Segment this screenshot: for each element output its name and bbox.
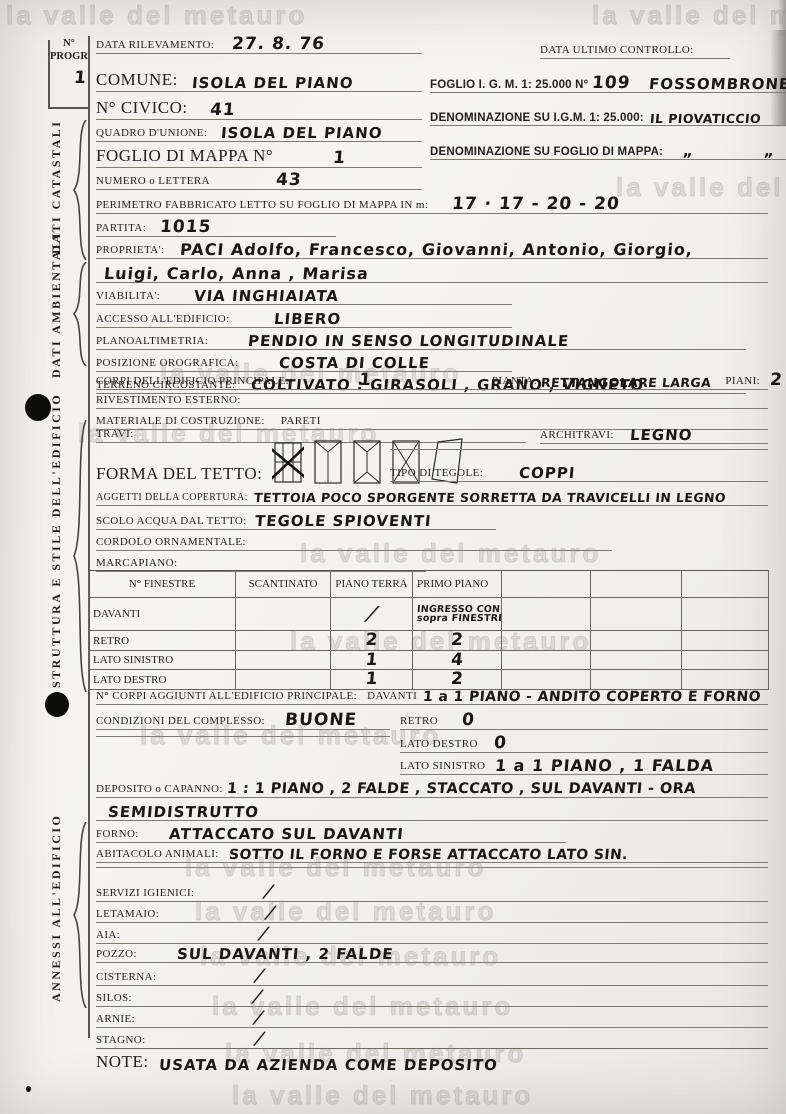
field-forma-tetto-label: FORMA DEL TETTO: xyxy=(96,464,262,484)
field-civico: N° CIVICO: 41 xyxy=(96,98,422,120)
finestre-row-retro: RETRO 2 2 xyxy=(89,631,769,651)
section-label-struttura: STRUTTURA E STILE DELL'EDIFICIO xyxy=(49,426,64,688)
field-architravi: ARCHITRAVI: LEGNO xyxy=(540,428,768,444)
field-pozzo: POZZO: SUL DAVANTI , 2 FALDE xyxy=(96,947,768,963)
field-forno: FORNO: ATTACCATO SUL DAVANTI xyxy=(96,827,566,843)
finestre-header: SCANTINATO xyxy=(236,571,331,598)
field-servizi: SERVIZI IGIENICI: / xyxy=(96,884,768,902)
field-viabilita: VIABILITA': VIA INGHIAIATA xyxy=(96,289,512,305)
field-foglio-mappa: FOGLIO DI MAPPA N° 1 xyxy=(96,146,422,168)
finestre-header: PRIMO PIANO xyxy=(413,571,502,598)
field-ncorpi-aggiunti: N° CORPI AGGIUNTI ALL'EDIFICIO PRINCIPAL… xyxy=(96,690,768,705)
finestre-row-davanti: DAVANTI / INGRESSO CON sopra FINESTRELLA xyxy=(89,598,769,631)
field-accesso: ACCESSO ALL'EDIFICIO: LIBERO xyxy=(96,312,512,328)
brace-dati-ambientali xyxy=(72,262,88,366)
field-note: NOTE: USATA DA AZIENDA COME DEPOSITO xyxy=(96,1052,768,1073)
brace-annessi xyxy=(72,822,88,1008)
gable-roof-icon xyxy=(313,438,343,486)
field-cordolo: CORDOLO ORNAMENTALE: xyxy=(96,536,612,551)
field-stagno: STAGNO: / xyxy=(96,1031,768,1049)
ink-speck xyxy=(26,1086,31,1092)
empty-rule-line xyxy=(96,735,390,737)
field-perimetro: PERIMETRO FABBRICATO LETTO SU FOGLIO DI … xyxy=(96,196,768,214)
section-label-annessi: ANNESSI ALL'EDIFICIO xyxy=(49,828,64,1002)
watermark: la valle del metauro xyxy=(6,0,307,31)
finestre-header: N° FINESTRE xyxy=(89,571,236,598)
empty-rule-line xyxy=(96,866,768,868)
progr-box-line xyxy=(48,107,88,109)
brace-dati-catastali xyxy=(72,120,88,260)
field-proprieta-line2: Luigi, Carlo, Anna , Marisa xyxy=(96,266,768,283)
hip-roof-icon-crossed xyxy=(272,438,304,486)
progr-label: N° PROGR. xyxy=(50,37,88,63)
field-condizioni: CONDIZIONI DEL COMPLESSO: BUONE xyxy=(96,712,390,730)
empty-rule-line xyxy=(390,448,768,450)
scanned-survey-form: la valle del metauro la valle del metaur… xyxy=(0,0,786,1114)
field-foglio-igm: FOGLIO I. G. M. 1: 25.000 N° 109 FOSSOMB… xyxy=(430,75,786,93)
field-corpi-principale: CORPI DELL'EDIFICIO PRINCIPALE: 1 PIANTA… xyxy=(96,372,768,390)
field-letamaio: LETAMAIO: / xyxy=(96,905,768,923)
field-data-ultimo-controllo: DATA ULTIMO CONTROLLO: xyxy=(540,44,730,59)
finestre-header xyxy=(682,571,769,598)
watermark: la valle del metauro xyxy=(592,0,786,31)
field-scolo: SCOLO ACQUA DAL TETTO: TEGOLE SPIOVENTI xyxy=(96,514,496,530)
finestre-header: PIANO TERRA xyxy=(331,571,413,598)
field-deposito: DEPOSITO o CAPANNO: 1 : 1 PIANO , 2 FALD… xyxy=(96,782,768,798)
field-deposito-line2: SEMIDISTRUTTO xyxy=(96,805,768,821)
field-partita: PARTITA: 1015 xyxy=(96,219,336,237)
punch-hole xyxy=(45,692,69,717)
field-aia: AIA: / xyxy=(96,926,768,944)
form-left-rule xyxy=(88,36,90,1038)
field-cisterna: CISTERNA: / xyxy=(96,968,768,986)
field-proprieta: PROPRIETA': PACI Adolfo, Francesco, Giov… xyxy=(96,242,768,259)
field-rivestimento: RIVESTIMENTO ESTERNO: xyxy=(96,394,768,409)
finestre-table: N° FINESTRE SCANTINATO PIANO TERRA PRIMO… xyxy=(88,570,769,690)
field-planoaltimetria: PLANOALTIMETRIA: PENDIO IN SENSO LONGITU… xyxy=(96,334,746,350)
ridge-hip-roof-icon xyxy=(352,438,382,486)
field-data-rilevamento: DATA RILEVAMENTO: 27. 8. 76 xyxy=(96,36,422,54)
finestre-header xyxy=(502,571,591,598)
punch-hole xyxy=(25,394,51,421)
brace-struttura xyxy=(72,420,88,692)
field-aggiunti-lato-sinistro: LATO SINISTRO 1 a 1 PIANO , 1 FALDA xyxy=(400,758,768,775)
finestre-row-lato-destro: LATO DESTRO 1 2 xyxy=(89,670,769,690)
finestre-row-lato-sinistro: LATO SINISTRO 1 4 xyxy=(89,651,769,670)
field-aggetti: AGGETTI DELLA COPERTURA: TETTOIA POCO SP… xyxy=(96,492,768,506)
field-arnie: ARNIE: / xyxy=(96,1010,768,1028)
finestre-header xyxy=(591,571,682,598)
field-aggiunti-lato-destro: LATO DESTRO 0 xyxy=(400,735,768,753)
field-denominazione-mappa: DENOMINAZIONE SU FOGLIO DI MAPPA: „ „ xyxy=(430,144,786,160)
field-denominazione-igm: DENOMINAZIONE SU I.G.M. 1: 25.000: IL PI… xyxy=(430,112,786,126)
scan-edge-artifact xyxy=(778,0,786,36)
field-numero-lettera: NUMERO o LETTERA 43 xyxy=(96,172,422,190)
section-label-dati-ambientali: DATI AMBIENTALI xyxy=(49,248,64,378)
progr-value: 1 xyxy=(73,70,87,87)
field-abitacolo: ABITACOLO ANIMALI: SOTTO IL FORNO E FORS… xyxy=(96,848,768,863)
field-quadro-unione: QUADRO D'UNIONE: ISOLA DEL PIANO xyxy=(96,126,422,142)
watermark: la valle del metauro xyxy=(232,1080,533,1111)
field-aggiunti-retro: RETRO 0 xyxy=(400,712,768,730)
field-comune: COMUNE: ISOLA DEL PIANO xyxy=(96,70,422,92)
field-silos: SILOS: / xyxy=(96,989,768,1007)
field-tipo-tegole: TIPO DI TEGOLE: COPPI xyxy=(390,466,768,482)
